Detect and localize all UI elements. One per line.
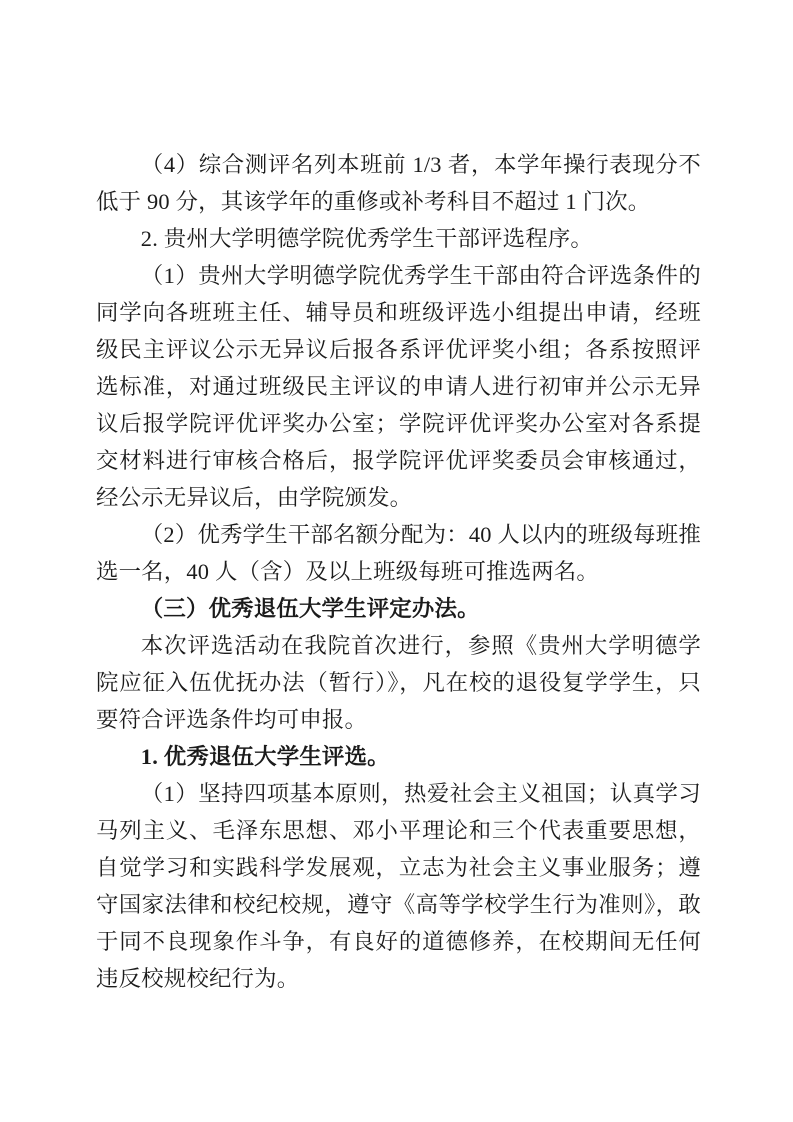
para-quota-allocation: （2）优秀学生干部名额分配为：40 人以内的班级每班推选一名，40 人（含）及以…	[96, 516, 701, 590]
para-heading-cadre-selection-procedure: 2. 贵州大学明德学院优秀学生干部评选程序。	[96, 220, 701, 257]
para-procedure-detail: （1）贵州大学明德学院优秀学生干部由符合评选条件的同学向各班班主任、辅导员和班级…	[96, 257, 701, 516]
para-criterion-4: （4）综合测评名列本班前 1/3 者，本学年操行表现分不低于 90 分，其该学年…	[96, 146, 701, 220]
para-heading-veteran-selection: 1. 优秀退伍大学生评选。	[96, 738, 701, 775]
para-veteran-criterion-1: （1）坚持四项基本原则，热爱社会主义祖国；认真学习马列主义、毛泽东思想、邓小平理…	[96, 775, 701, 997]
para-veteran-intro: 本次评选活动在我院首次进行，参照《贵州大学明德学院应征入伍优抚办法（暂行）》，凡…	[96, 627, 701, 738]
document-text-block: （4）综合测评名列本班前 1/3 者，本学年操行表现分不低于 90 分，其该学年…	[96, 146, 701, 997]
document-page: （4）综合测评名列本班前 1/3 者，本学年操行表现分不低于 90 分，其该学年…	[0, 0, 793, 1122]
para-heading-veteran-evaluation-method: （三）优秀退伍大学生评定办法。	[96, 590, 701, 627]
